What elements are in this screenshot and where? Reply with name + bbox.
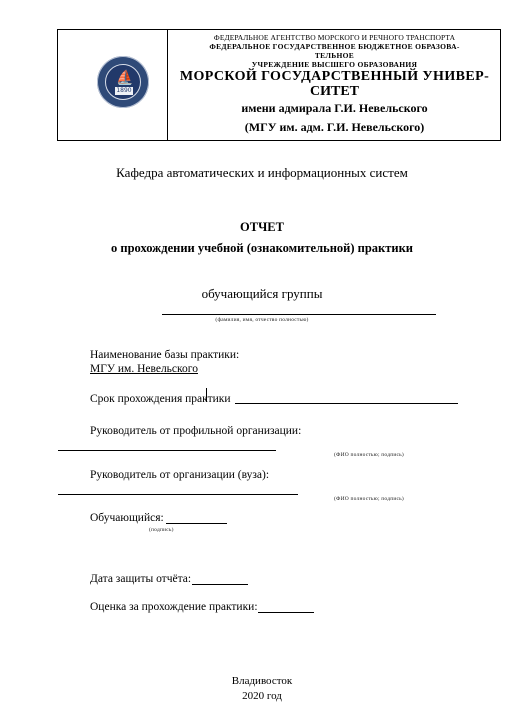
department-name: Кафедра автоматических и информационных … (0, 165, 524, 181)
practice-period-label: Срок прохождения практики (90, 393, 231, 405)
defense-date-line[interactable] (192, 584, 248, 585)
supervisor-profile-hint: (ФИО полностью; подпись) (334, 452, 404, 458)
organization-cell: ФЕДЕРАЛЬНОЕ АГЕНТСТВО МОРСКОГО И РЕЧНОГО… (168, 30, 501, 140)
practice-base-label: Наименование базы практики: (90, 349, 239, 361)
student-name-hint: (фамилия, имя, отчество полностью) (0, 317, 524, 323)
grade-label: Оценка за прохождение практики: (90, 601, 258, 613)
practice-period-line[interactable] (235, 403, 458, 404)
institution-type-line3: УЧРЕЖДЕНИЕ ВЫСШЕГО ОБРАЗОВАНИЯ (168, 60, 501, 69)
student-signature-label: Обучающийся: (90, 512, 164, 524)
university-name-line2: СИТЕТ (168, 84, 501, 99)
footer-city: Владивосток (0, 675, 524, 687)
student-signature-hint: (подпись) (149, 527, 174, 533)
supervisor-university-line[interactable] (58, 494, 298, 495)
student-signature-line[interactable] (166, 523, 227, 524)
university-name-line1: МОРСКОЙ ГОСУДАРСТВЕННЫЙ УНИВЕР- (168, 69, 501, 84)
logo-cell: ⛵ 1890 (58, 30, 167, 140)
supervisor-profile-line[interactable] (58, 450, 276, 451)
institution-type-line2: ТЕЛЬНОЕ (168, 51, 501, 60)
footer-year: 2020 год (0, 690, 524, 702)
defense-date-label: Дата защиты отчёта: (90, 573, 191, 585)
university-seal-icon: ⛵ 1890 (97, 56, 149, 108)
student-group-label: обучающийся группы (0, 286, 524, 302)
student-name-line[interactable] (162, 314, 436, 315)
institution-type-line1: ФЕДЕРАЛЬНОЕ ГОСУДАРСТВЕННОЕ БЮДЖЕТНОЕ ОБ… (168, 42, 501, 51)
seal-year: 1890 (115, 87, 133, 95)
supervisor-university-hint: (ФИО полностью; подпись) (334, 496, 404, 502)
seal-inner: ⛵ 1890 (105, 64, 141, 100)
agency-name: ФЕДЕРАЛЬНОЕ АГЕНТСТВО МОРСКОГО И РЕЧНОГО… (168, 33, 501, 42)
supervisor-university-label: Руководитель от организации (вуза): (90, 469, 269, 481)
university-abbreviation: (МГУ им. адм. Г.И. Невельского) (168, 117, 501, 137)
header-table: ⛵ 1890 ФЕДЕРАЛЬНОЕ АГЕНТСТВО МОРСКОГО И … (57, 29, 501, 141)
supervisor-profile-label: Руководитель от профильной организации: (90, 425, 301, 437)
document-subtitle: о прохождении учебной (ознакомительной) … (0, 241, 524, 256)
named-after: имени адмирала Г.И. Невельского (168, 99, 501, 117)
ship-icon: ⛵ (116, 71, 132, 87)
document-title: ОТЧЕТ (0, 220, 524, 235)
grade-line[interactable] (258, 612, 314, 613)
text-cursor (206, 388, 207, 402)
practice-base-value: МГУ им. Невельского (90, 363, 198, 375)
